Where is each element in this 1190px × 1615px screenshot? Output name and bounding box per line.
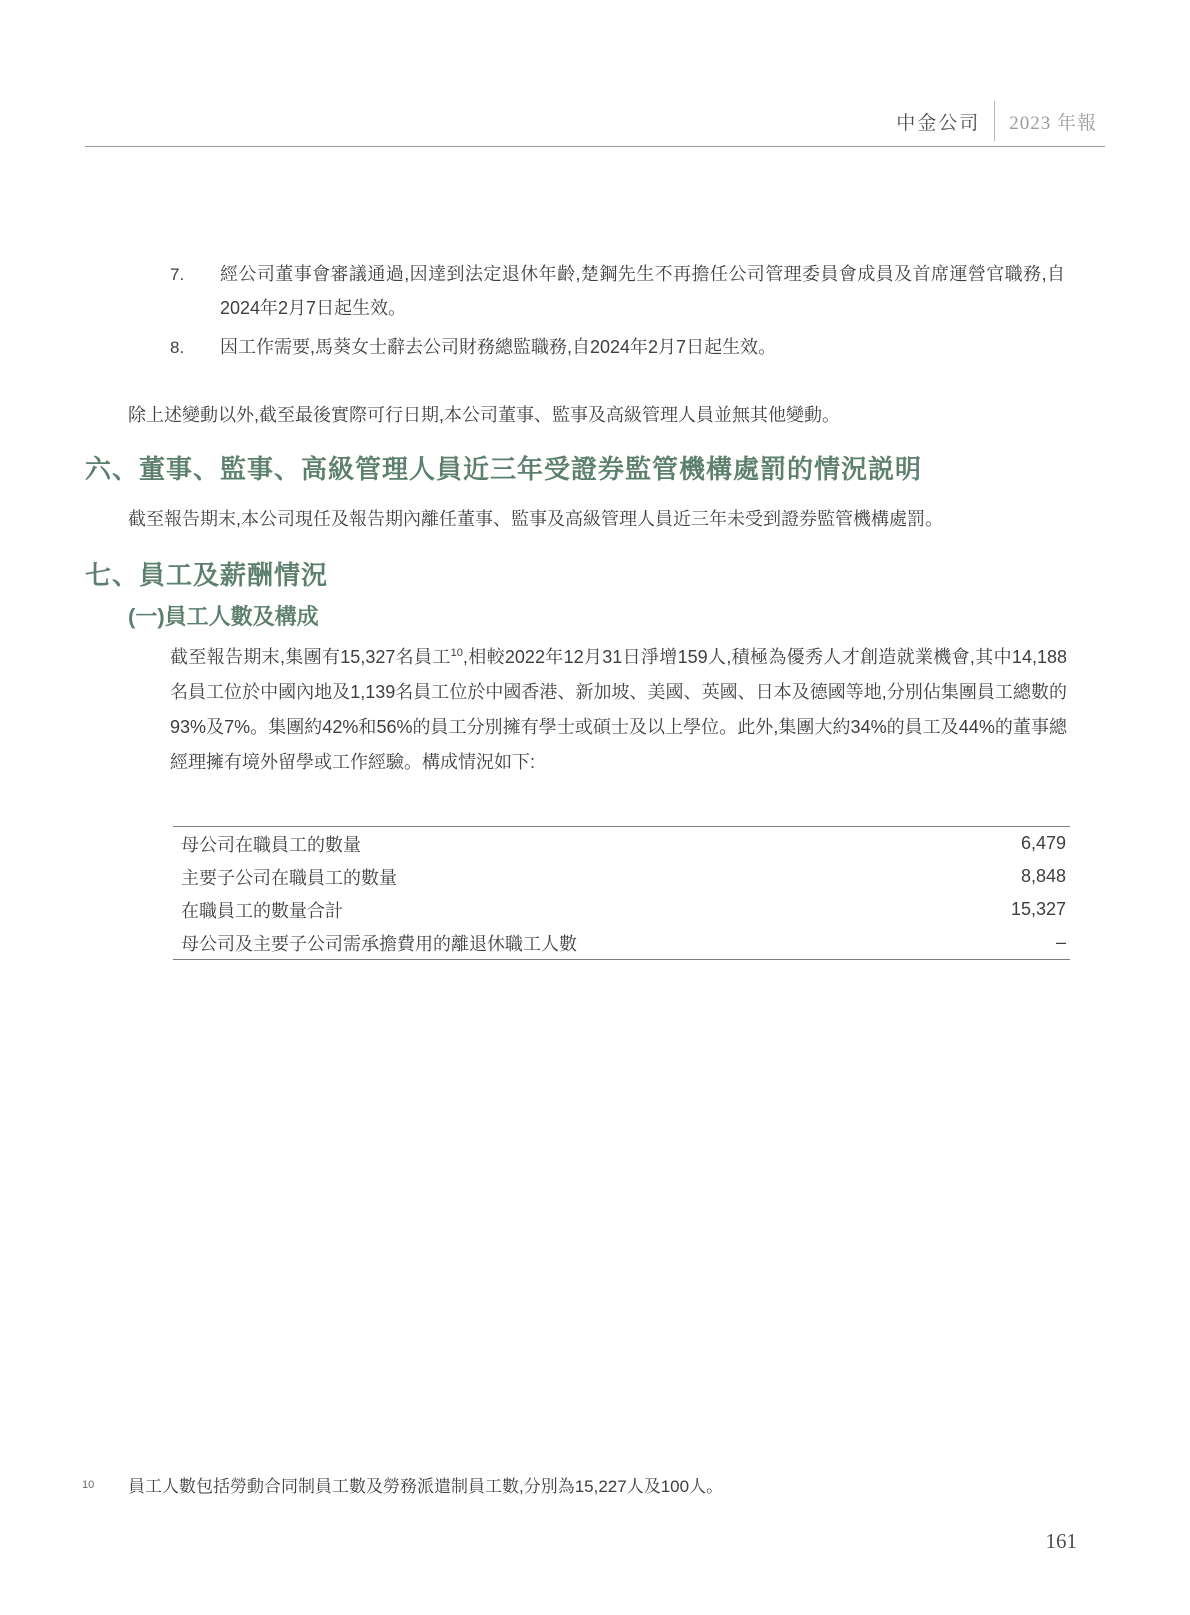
page-number: 161 bbox=[1046, 1529, 1078, 1554]
section-7-1-subheading: (一)員工人數及構成 bbox=[128, 600, 319, 631]
row-value: 6,479 bbox=[1021, 833, 1070, 854]
item-text: 經公司董事會審議通過,因達到法定退休年齡,楚鋼先生不再擔任公司管理委員會成員及首… bbox=[170, 257, 1065, 325]
employee-count-table: 母公司在職員工的數量 6,479 主要子公司在職員工的數量 8,848 在職員工… bbox=[173, 826, 1070, 960]
table-row: 母公司及主要子公司需承擔費用的離退休職工人數 – bbox=[173, 926, 1070, 959]
company-name: 中金公司 bbox=[896, 108, 980, 135]
row-label: 在職員工的數量合計 bbox=[173, 897, 343, 923]
employee-composition-paragraph: 截至報告期末,集團有15,327名員工10,相較2022年12月31日淨增159… bbox=[170, 640, 1067, 780]
amendment-item-7: 7. 經公司董事會審議通過,因達到法定退休年齡,楚鋼先生不再擔任公司管理委員會成… bbox=[170, 257, 1065, 325]
amendment-item-8: 8. 因工作需要,馬葵女士辭去公司財務總監職務,自2024年2月7日起生效。 bbox=[170, 330, 1065, 364]
row-value: 15,327 bbox=[1011, 899, 1070, 920]
header-rule bbox=[85, 146, 1105, 147]
table-row: 母公司在職員工的數量 6,479 bbox=[173, 827, 1070, 860]
item-number: 8. bbox=[170, 338, 184, 358]
item-text: 因工作需要,馬葵女士辭去公司財務總監職務,自2024年2月7日起生效。 bbox=[170, 330, 1065, 364]
report-edition: 2023 年報 bbox=[1009, 108, 1097, 135]
page-header: 中金公司 2023 年報 bbox=[85, 100, 1097, 142]
row-label: 主要子公司在職員工的數量 bbox=[173, 864, 397, 890]
header-divider bbox=[994, 101, 995, 141]
section-6-heading: 六、董事、監事、高級管理人員近三年受證券監管機構處罰的情況説明 bbox=[85, 449, 922, 486]
footnote-marker: 10 bbox=[82, 1472, 94, 1498]
table-row: 主要子公司在職員工的數量 8,848 bbox=[173, 860, 1070, 893]
footnote: 10 員工人數包括勞動合同制員工數及勞務派遣制員工數,分別為15,227人及10… bbox=[82, 1474, 1077, 1500]
row-value: 8,848 bbox=[1021, 866, 1070, 887]
table-row: 在職員工的數量合計 15,327 bbox=[173, 893, 1070, 926]
footnote-text: 員工人數包括勞動合同制員工數及勞務派遣制員工數,分別為15,227人及100人。 bbox=[82, 1474, 1077, 1500]
footnote-ref-marker: 10 bbox=[451, 647, 463, 659]
paragraph-text: 截至報告期末,集團有15,327名員工 bbox=[170, 647, 451, 667]
section-6-body: 截至報告期末,本公司現任及報告期內離任董事、監事及高級管理人員近三年未受到證券監… bbox=[128, 502, 1068, 536]
row-label: 母公司在職員工的數量 bbox=[173, 831, 361, 857]
annual-report-page: 中金公司 2023 年報 7. 經公司董事會審議通過,因達到法定退休年齡,楚鋼先… bbox=[0, 0, 1190, 1615]
row-label: 母公司及主要子公司需承擔費用的離退休職工人數 bbox=[173, 930, 577, 956]
item-number: 7. bbox=[170, 265, 184, 285]
amendments-closing-paragraph: 除上述變動以外,截至最後實際可行日期,本公司董事、監事及高級管理人員並無其他變動… bbox=[128, 398, 1068, 432]
section-7-heading: 七、員工及薪酬情況 bbox=[85, 555, 328, 592]
row-value: – bbox=[1056, 932, 1070, 953]
